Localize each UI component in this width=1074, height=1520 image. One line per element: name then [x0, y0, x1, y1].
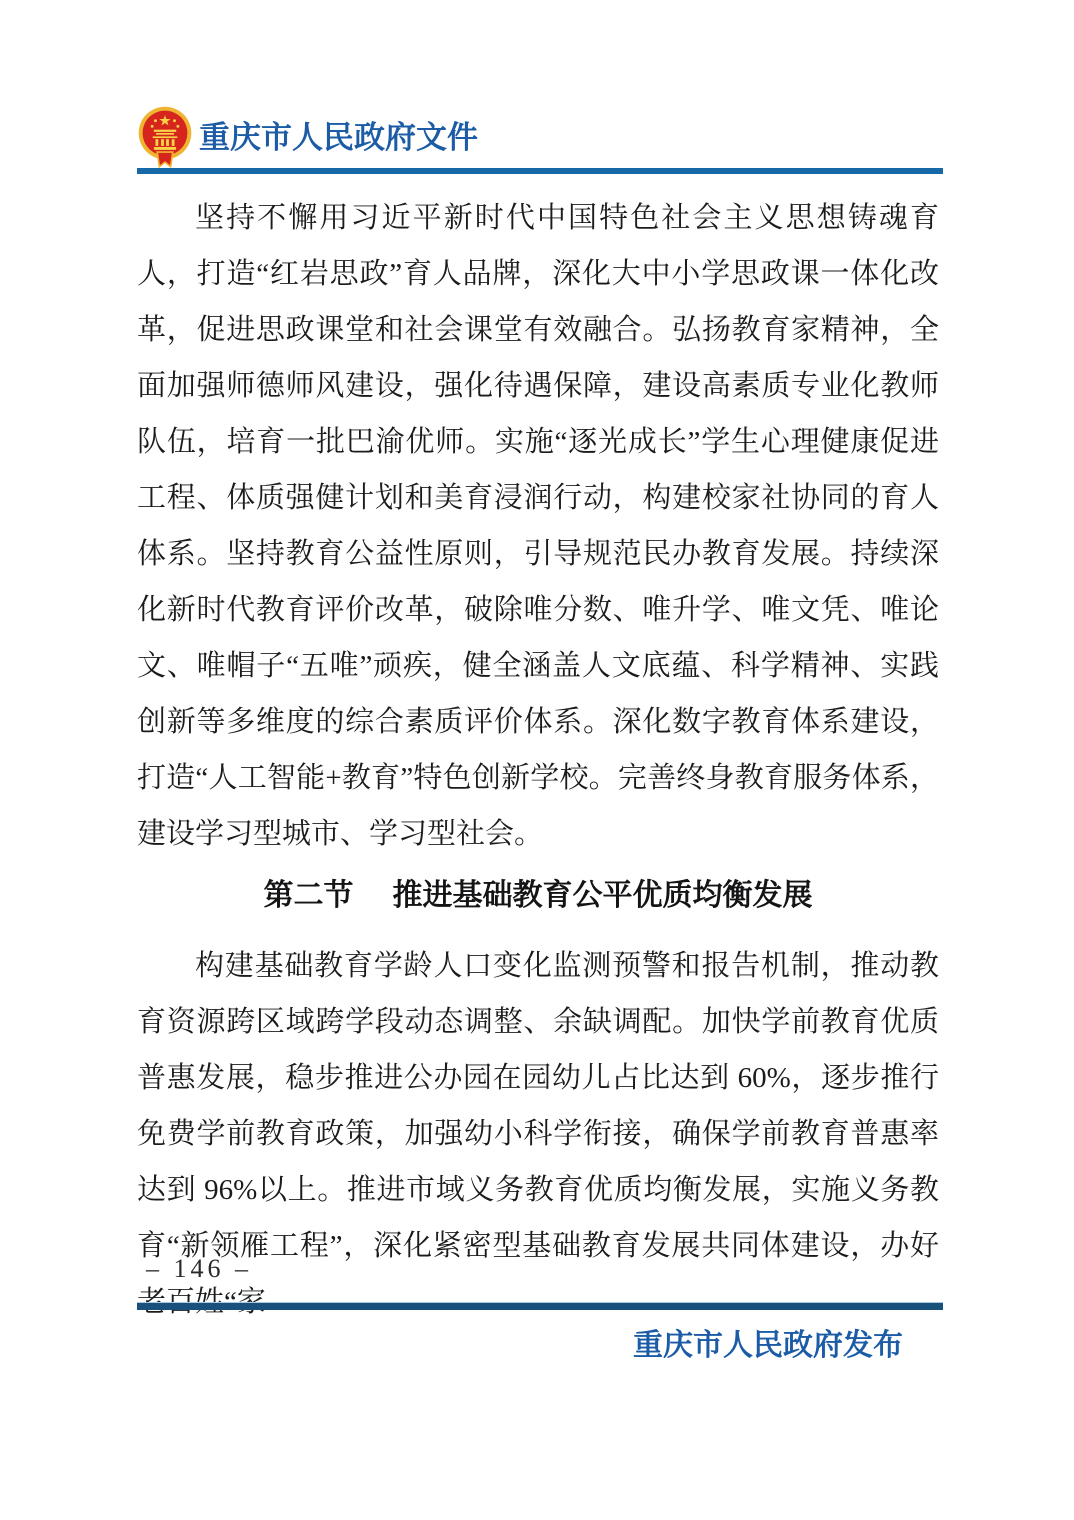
document-header: 重庆市人民政府文件: [137, 106, 943, 169]
document-body: 坚持不懈用习近平新时代中国特色社会主义思想铸魂育人，打造“红岩思政”育人品牌，深…: [137, 190, 939, 1330]
document-page: 重庆市人民政府文件 坚持不懈用习近平新时代中国特色社会主义思想铸魂育人，打造“红…: [0, 0, 1074, 1520]
footer-divider: [137, 1302, 943, 1310]
page-number: – 146 –: [146, 1254, 252, 1284]
document-header-title: 重庆市人民政府文件: [199, 119, 478, 156]
section-heading: 第二节推进基础教育公平优质均衡发展: [137, 870, 939, 922]
paragraph-2: 构建基础教育学龄人口变化监测预警和报告机制，推动教育资源跨区域跨学段动态调整、余…: [137, 938, 939, 1330]
publisher-label: 重庆市人民政府发布: [137, 1320, 943, 1364]
section-title: 推进基础教育公平优质均衡发展: [393, 879, 813, 912]
header-divider: [137, 168, 943, 174]
national-emblem-icon: [137, 106, 193, 169]
section-number: 第二节: [264, 879, 354, 912]
paragraph-1: 坚持不懈用习近平新时代中国特色社会主义思想铸魂育人，打造“红岩思政”育人品牌，深…: [137, 190, 939, 862]
